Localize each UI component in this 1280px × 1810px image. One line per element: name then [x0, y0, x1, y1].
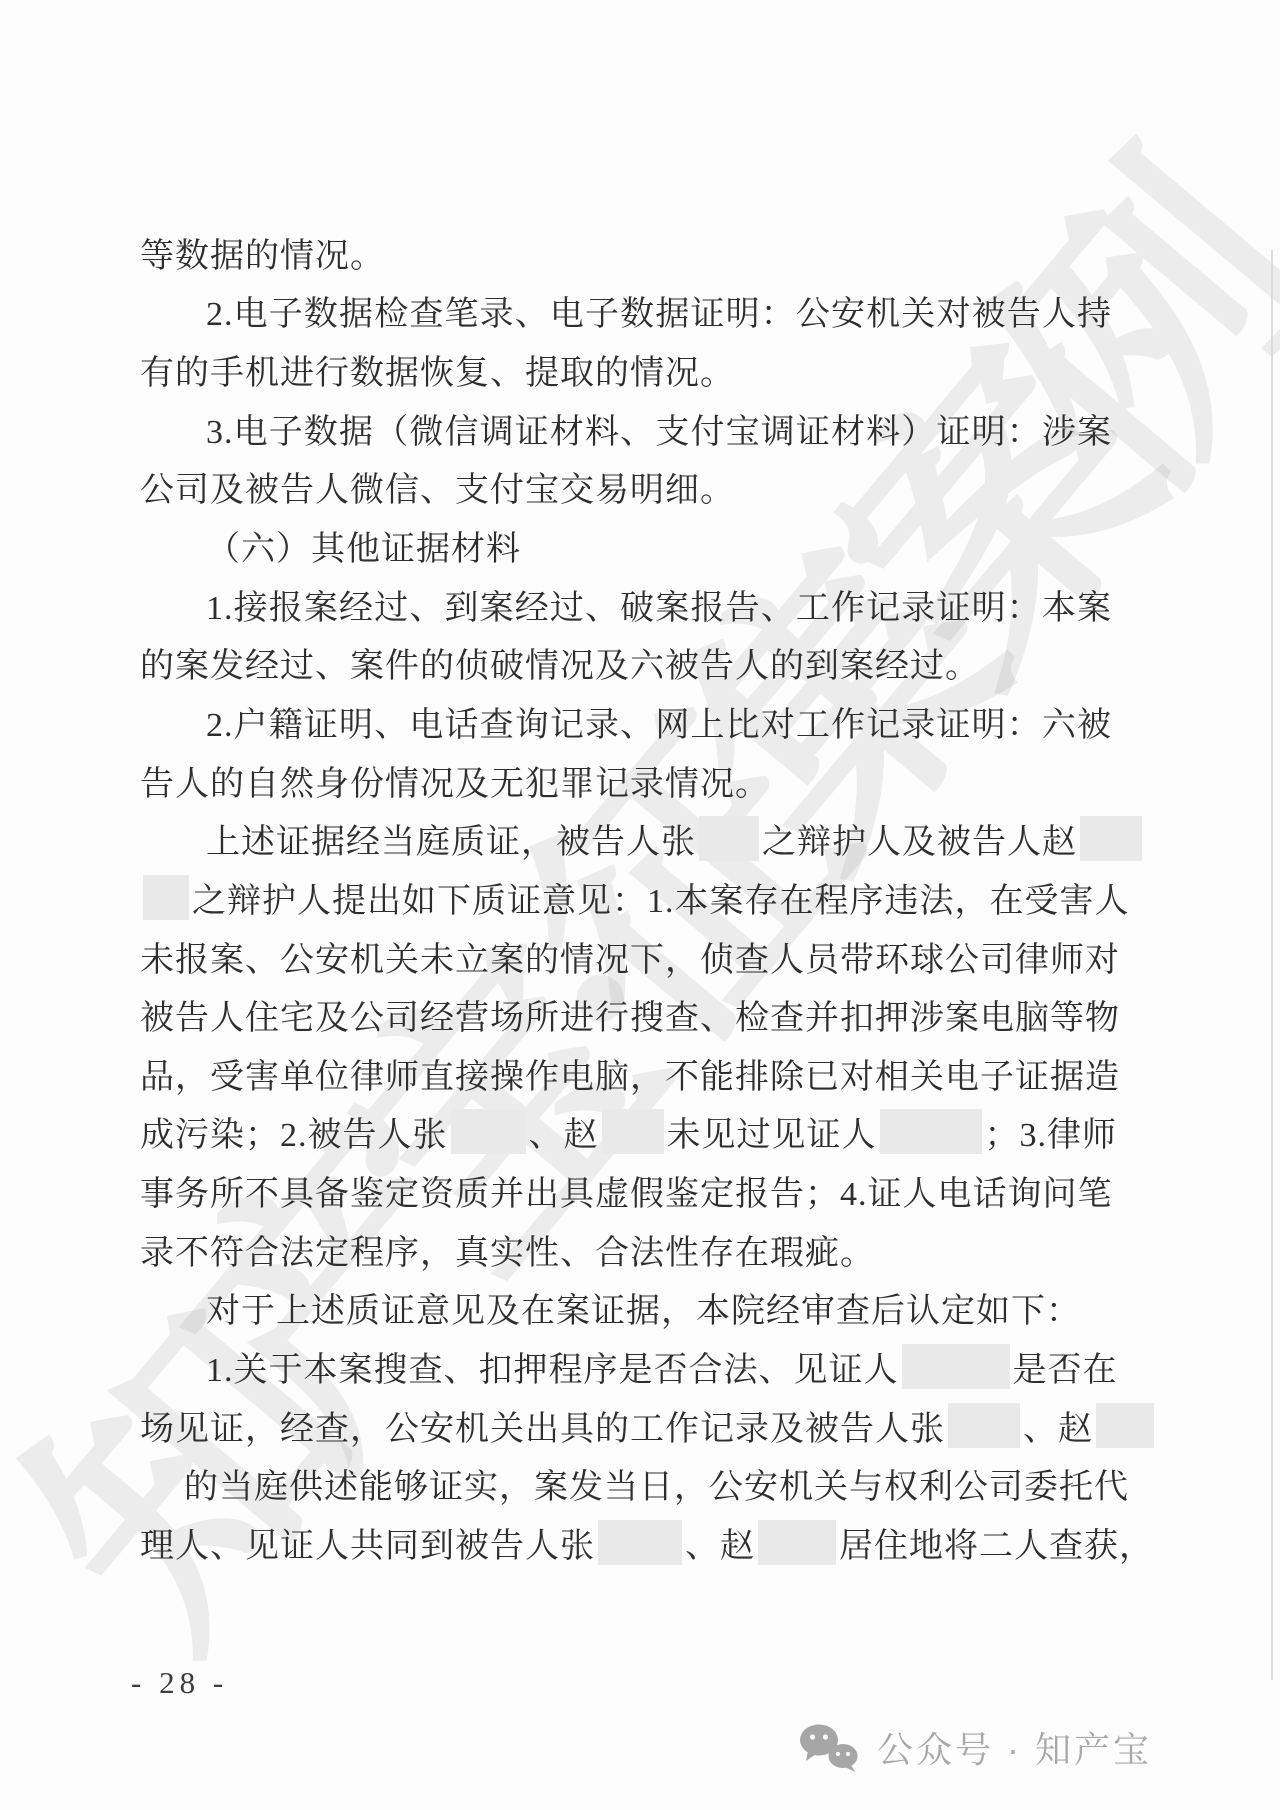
text-segment: 未报案、公安机关未立案的情况下，侦查人员带环球公司律师对	[140, 932, 1120, 981]
text-line: 有的手机进行数据恢复、提取的情况。	[140, 340, 1112, 399]
text-line: 1.关于本案搜查、扣押程序是否合法、见证人是否在	[140, 1337, 1112, 1396]
text-line: 3.电子数据（微信调证材料、支付宝调证材料）证明：涉案	[140, 399, 1112, 458]
text-segment: 公司及被告人微信、支付宝交易明细。	[140, 462, 735, 511]
text-segment: 1.接报案经过、到案经过、破案报告、工作记录证明：本案	[206, 580, 1112, 629]
text-segment: 1.关于本案搜查、扣押程序是否合法、见证人	[206, 1342, 899, 1391]
text-segment: 有的手机进行数据恢复、提取的情况。	[140, 345, 735, 394]
text-line: 上述证据经当庭质证，被告人张之辩护人及被告人赵	[140, 809, 1112, 868]
text-line: 2.电子数据检查笔录、电子数据证明：公安机关对被告人持	[140, 282, 1112, 341]
scanned-document-page: { "page": { "page_number": "- 28 -", "wa…	[0, 0, 1280, 1810]
text-line: 录不符合法定程序，真实性、合法性存在瑕疵。	[140, 1220, 1112, 1279]
redaction-box	[902, 1344, 1010, 1389]
text-segment: 之辩护人及被告人赵	[762, 814, 1077, 863]
text-line: 告人的自然身份情况及无犯罪记录情况。	[140, 751, 1112, 810]
scan-edge-line	[1271, 250, 1273, 1680]
redaction-box	[143, 875, 189, 920]
page-number: - 28 -	[131, 1665, 228, 1701]
text-segment: 的当庭供述能够证实，案发当日，公安机关与权利公司委托代	[184, 1459, 1129, 1508]
text-segment: 的案发经过、案件的侦破情况及六被告人的到案经过。	[140, 638, 980, 687]
redaction-box	[880, 1109, 982, 1154]
wechat-icon	[799, 1723, 861, 1773]
text-segment: ；3.律师	[985, 1107, 1118, 1156]
text-line: 等数据的情况。	[140, 223, 1112, 282]
text-line: 被告人住宅及公司经营场所进行搜查、检查并扣押涉案电脑等物	[140, 985, 1112, 1044]
redaction-box	[1096, 1403, 1154, 1448]
footer-brand-label: 公众号 · 知产宝	[877, 1722, 1152, 1773]
text-line: 的案发经过、案件的侦破情况及六被告人的到案经过。	[140, 633, 1112, 692]
text-segment: 、赵	[685, 1518, 755, 1567]
redaction-box	[699, 816, 759, 861]
text-line: 场见证，经查，公安机关出具的工作记录及被告人张、赵	[140, 1396, 1112, 1455]
text-line: 未报案、公安机关未立案的情况下，侦查人员带环球公司律师对	[140, 927, 1112, 986]
text-segment: 品，受害单位律师直接操作电脑，不能排除已对相关电子证据造	[140, 1049, 1120, 1098]
text-line: 理人、见证人共同到被告人张、赵居住地将二人查获，	[140, 1513, 1112, 1572]
text-segment: 告人的自然身份情况及无犯罪记录情况。	[140, 756, 770, 805]
text-line: 的当庭供述能够证实，案发当日，公安机关与权利公司委托代	[140, 1454, 1112, 1513]
redaction-box	[602, 1109, 664, 1154]
redaction-box	[758, 1520, 836, 1565]
text-line: 对于上述质证意见及在案证据，本院经审查后认定如下：	[140, 1279, 1112, 1338]
redaction-box	[948, 1403, 1020, 1448]
text-segment: 之辩护人提出如下质证意见：1.本案存在程序违法，在受害人	[192, 873, 1130, 922]
redaction-box	[598, 1520, 682, 1565]
text-line: 品，受害单位律师直接操作电脑，不能排除已对相关电子证据造	[140, 1044, 1112, 1103]
text-line: 2.户籍证明、电话查询记录、网上比对工作记录证明：六被	[140, 692, 1112, 751]
text-segment: 未见过见证人	[667, 1107, 877, 1156]
text-segment: 是否在	[1013, 1342, 1118, 1391]
text-segment: 、赵	[529, 1107, 599, 1156]
text-line: 成污染；2.被告人张、赵未见过见证人；3.律师	[140, 1103, 1112, 1162]
text-line: 事务所不具备鉴定资质并出具虚假鉴定报告；4.证人电话询问笔	[140, 1161, 1112, 1220]
text-segment: 成污染；2.被告人张	[140, 1107, 448, 1156]
text-line: 公司及被告人微信、支付宝交易明细。	[140, 458, 1112, 517]
text-segment: 3.电子数据（微信调证材料、支付宝调证材料）证明：涉案	[206, 404, 1112, 453]
text-segment: 对于上述质证意见及在案证据，本院经审查后认定如下：	[206, 1283, 1081, 1332]
document-body: 等数据的情况。2.电子数据检查笔录、电子数据证明：公安机关对被告人持有的手机进行…	[140, 223, 1112, 1572]
text-segment: 等数据的情况。	[140, 228, 385, 277]
text-segment: 被告人住宅及公司经营场所进行搜查、检查并扣押涉案电脑等物	[140, 990, 1120, 1039]
text-line: 1.接报案经过、到案经过、破案报告、工作记录证明：本案	[140, 575, 1112, 634]
footer-brand: 公众号 · 知产宝	[0, 1722, 1152, 1773]
redaction-box	[451, 1109, 526, 1154]
text-segment: 事务所不具备鉴定资质并出具虚假鉴定报告；4.证人电话询问笔	[140, 1166, 1113, 1215]
text-segment: 2.电子数据检查笔录、电子数据证明：公安机关对被告人持	[206, 286, 1112, 335]
text-line: （六）其他证据材料	[140, 516, 1112, 575]
text-segment: 、赵	[1023, 1401, 1093, 1450]
text-segment: 场见证，经查，公安机关出具的工作记录及被告人张	[140, 1401, 945, 1450]
text-segment: 录不符合法定程序，真实性、合法性存在瑕疵。	[140, 1225, 875, 1274]
text-segment: 2.户籍证明、电话查询记录、网上比对工作记录证明：六被	[206, 697, 1112, 746]
redaction-box	[1080, 816, 1142, 861]
text-segment: 理人、见证人共同到被告人张	[140, 1518, 595, 1567]
text-segment: 上述证据经当庭质证，被告人张	[206, 814, 696, 863]
text-line: 之辩护人提出如下质证意见：1.本案存在程序违法，在受害人	[140, 868, 1112, 927]
text-segment: 居住地将二人查获，	[839, 1518, 1154, 1567]
text-segment: （六）其他证据材料	[206, 521, 521, 570]
